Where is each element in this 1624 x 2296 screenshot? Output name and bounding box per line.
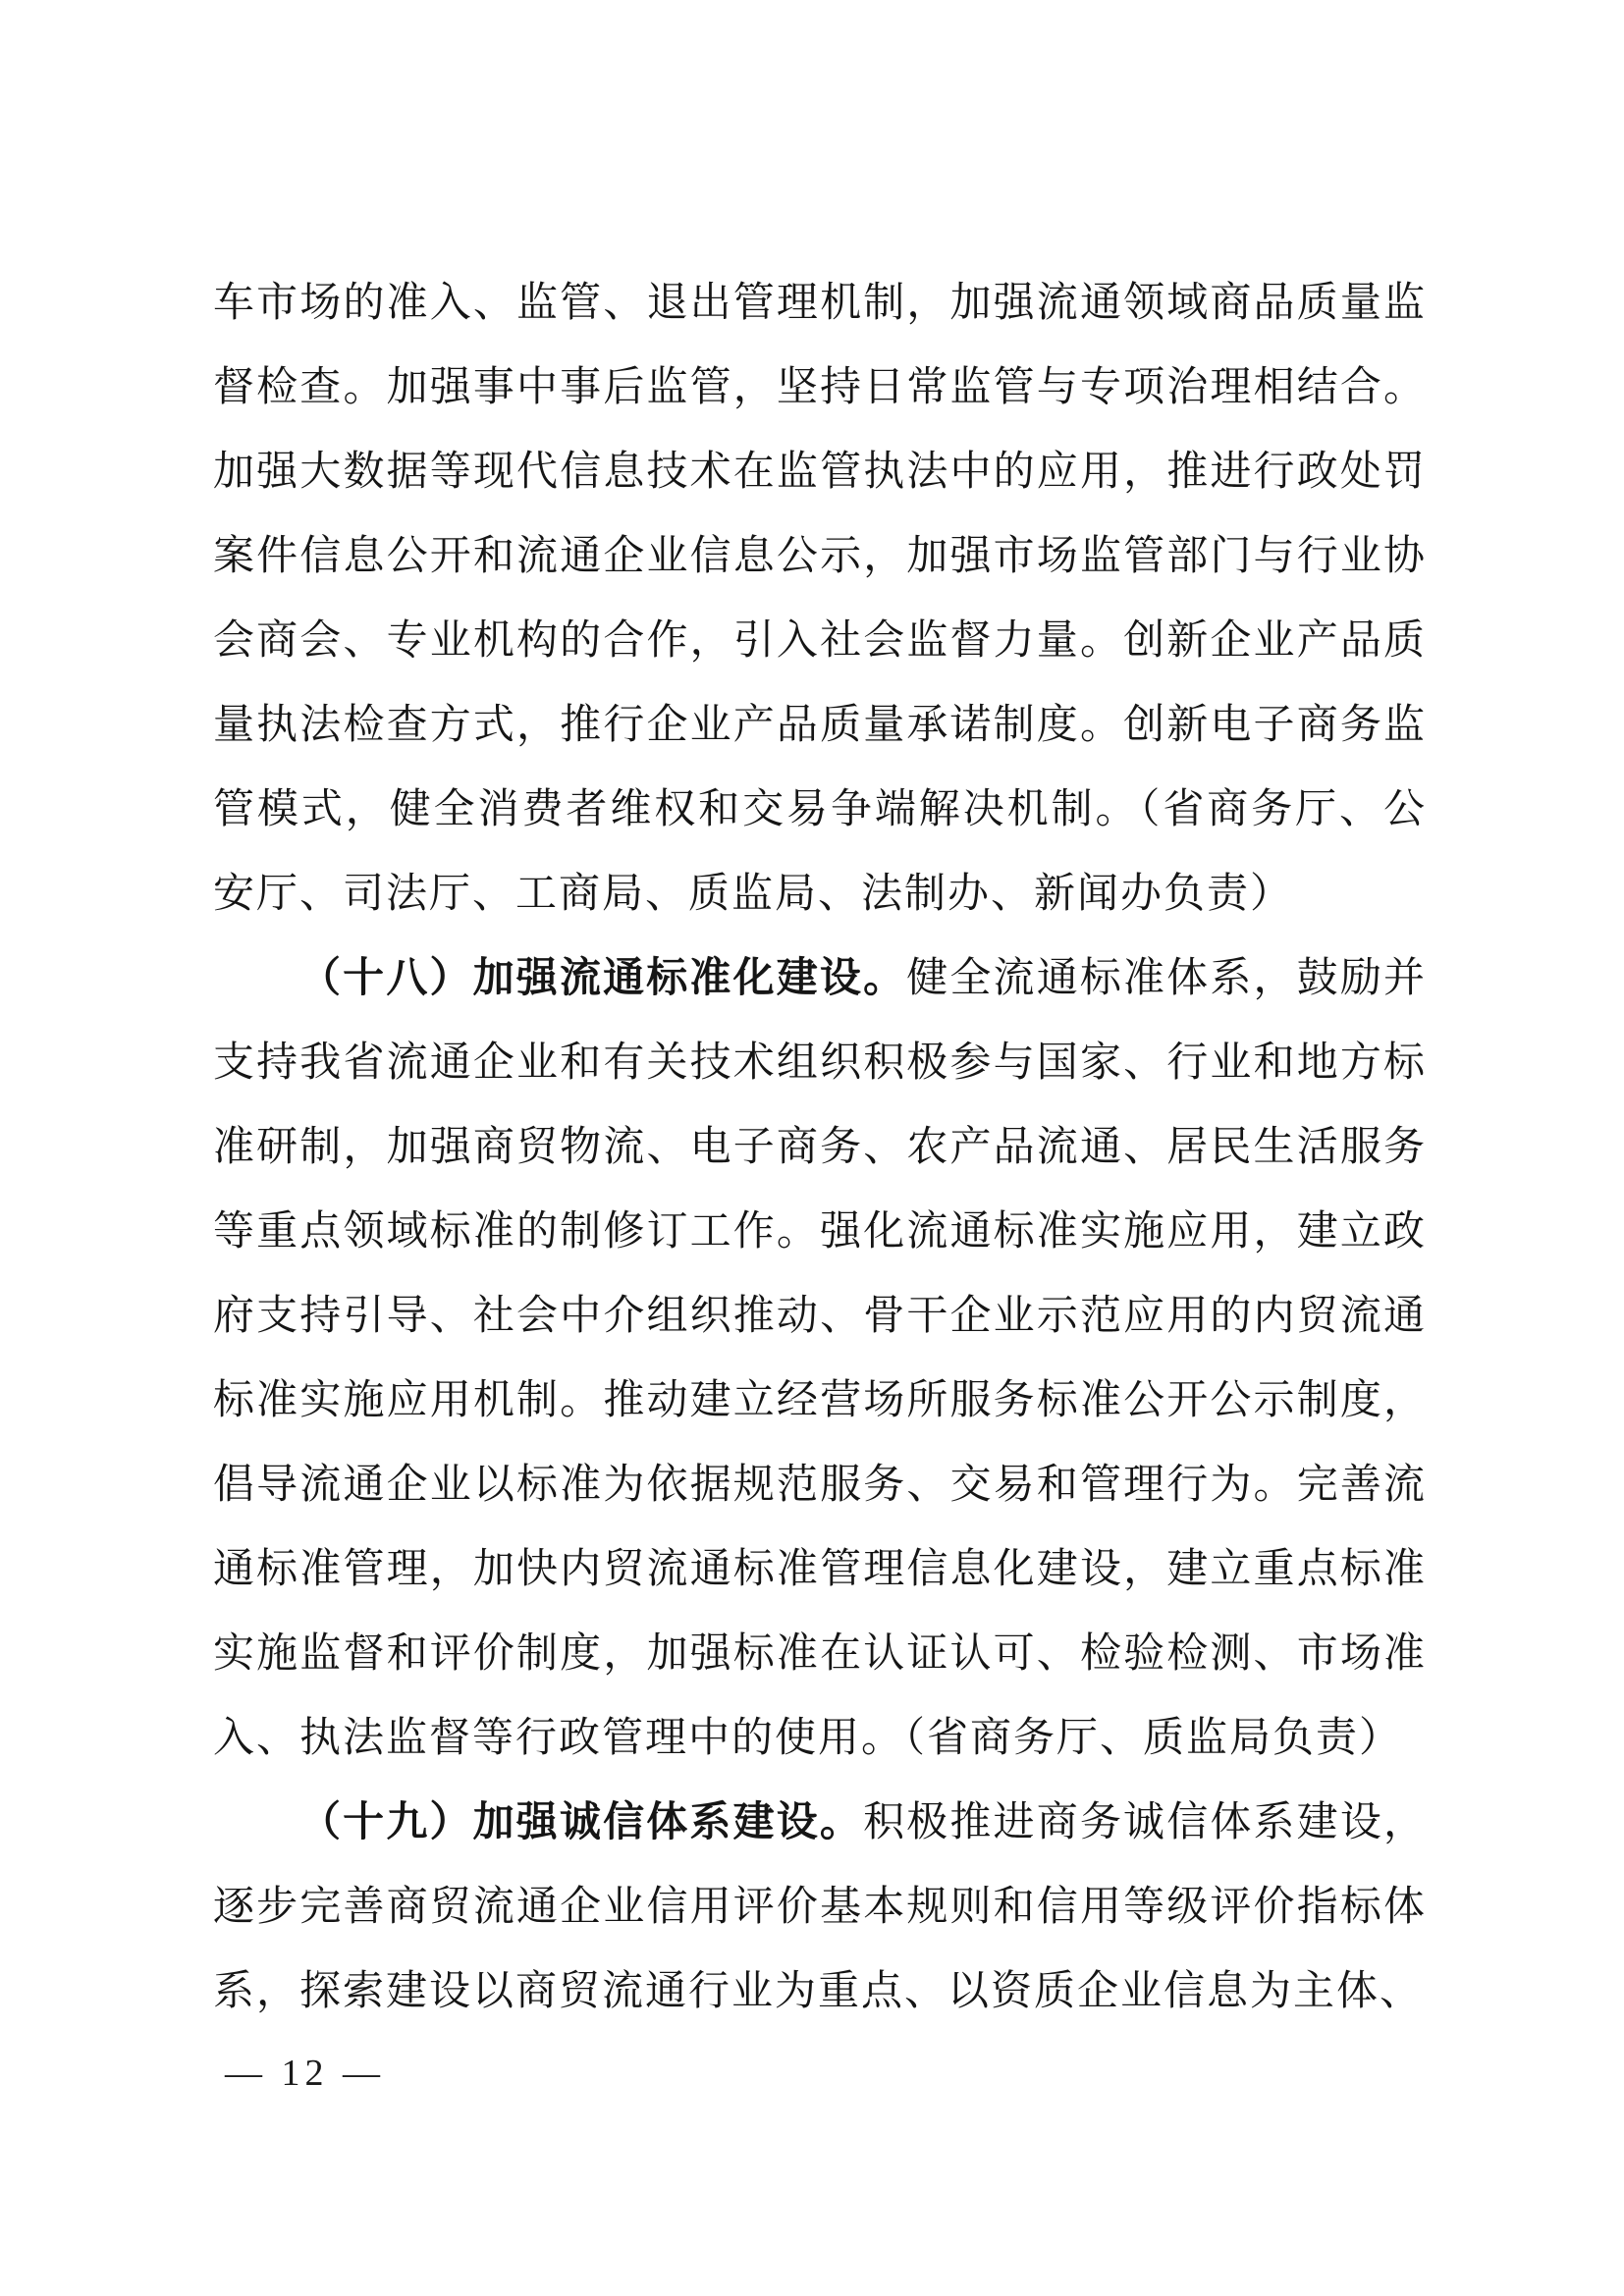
document-page: 车市场的准入、监管、退出管理机制，加强流通领域商品质量监督检查。加强事中事后监管… xyxy=(0,0,1624,2296)
section-heading: （十八）加强流通标准化建设。 xyxy=(299,956,906,1001)
paragraph: 车市场的准入、监管、退出管理机制，加强流通领域商品质量监督检查。加强事中事后监管… xyxy=(213,261,1427,936)
paragraph: （十八）加强流通标准化建设。健全流通标准体系，鼓励并支持我省流通企业和有关技术组… xyxy=(213,936,1427,1781)
document-body: 车市场的准入、监管、退出管理机制，加强流通领域商品质量监督检查。加强事中事后监管… xyxy=(213,261,1427,2034)
paragraph-text: 车市场的准入、监管、退出管理机制，加强流通领域商品质量监督检查。加强事中事后监管… xyxy=(213,281,1427,917)
paragraph-text: 健全流通标准体系，鼓励并支持我省流通企业和有关技术组织积极参与国家、行业和地方标… xyxy=(213,956,1427,1761)
page-number: — 12 — xyxy=(225,2052,385,2095)
paragraph: （十九）加强诚信体系建设。积极推进商务诚信体系建设，逐步完善商贸流通企业信用评价… xyxy=(213,1781,1427,2034)
section-heading: （十九）加强诚信体系建设。 xyxy=(299,1800,863,1845)
